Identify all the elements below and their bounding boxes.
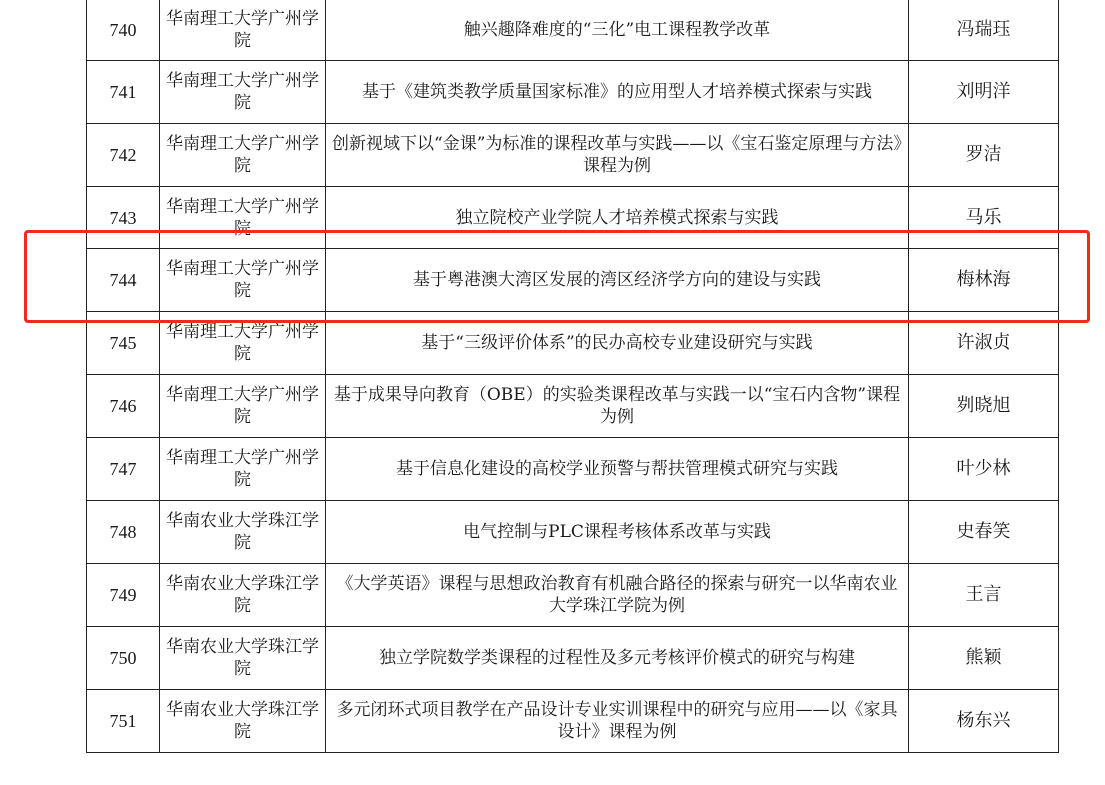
row-number: 744 [87, 249, 160, 312]
project-title-cell: 基于“三级评价体系”的民办高校专业建设研究与实践 [326, 312, 909, 375]
project-title-cell: 《大学英语》课程与思想政治教育有机融合路径的探索与研究一以华南农业大学珠江学院为… [326, 564, 909, 627]
project-title-cell: 基于粤港澳大湾区发展的湾区经济学方向的建设与实践 [326, 249, 909, 312]
school-cell: 华南农业大学珠江学院 [160, 564, 326, 627]
table-row: 746 华南理工大学广州学院 基于成果导向教育（OBE）的实验类课程改革与实践一… [87, 375, 1059, 438]
project-title-cell: 电气控制与PLC课程考核体系改革与实践 [326, 501, 909, 564]
project-title-cell: 基于成果导向教育（OBE）的实验类课程改革与实践一以“宝石内含物”课程为例 [326, 375, 909, 438]
leader-name-cell: 叶少林 [909, 438, 1059, 501]
school-cell: 华南理工大学广州学院 [160, 0, 326, 61]
leader-name-cell: 刘明洋 [909, 61, 1059, 124]
row-number: 740 [87, 0, 160, 61]
table-row: 741 华南理工大学广州学院 基于《建筑类教学质量国家标准》的应用型人才培养模式… [87, 61, 1059, 124]
row-number: 746 [87, 375, 160, 438]
leader-name-cell: 冯瑞珏 [909, 0, 1059, 61]
table-row-highlighted: 744 华南理工大学广州学院 基于粤港澳大湾区发展的湾区经济学方向的建设与实践 … [87, 249, 1059, 312]
leader-name-cell: 王言 [909, 564, 1059, 627]
project-title-cell: 基于信息化建设的高校学业预警与帮扶管理模式研究与实践 [326, 438, 909, 501]
row-number: 747 [87, 438, 160, 501]
leader-name-cell: 杨东兴 [909, 690, 1059, 753]
project-title-cell: 多元闭环式项目教学在产品设计专业实训课程中的研究与应用——以《家具设计》课程为例 [326, 690, 909, 753]
table-row: 742 华南理工大学广州学院 创新视域下以“金课”为标准的课程改革与实践——以《… [87, 124, 1059, 187]
table-row: 743 华南理工大学广州学院 独立院校产业学院人才培养模式探索与实践 马乐 [87, 187, 1059, 249]
row-number: 751 [87, 690, 160, 753]
school-cell: 华南农业大学珠江学院 [160, 690, 326, 753]
project-title-cell: 独立学院数学类课程的过程性及多元考核评价模式的研究与构建 [326, 627, 909, 690]
row-number: 741 [87, 61, 160, 124]
table-row: 749 华南农业大学珠江学院 《大学英语》课程与思想政治教育有机融合路径的探索与… [87, 564, 1059, 627]
project-title-cell: 创新视域下以“金课”为标准的课程改革与实践——以《宝石鉴定原理与方法》课程为例 [326, 124, 909, 187]
table-row: 751 华南农业大学珠江学院 多元闭环式项目教学在产品设计专业实训课程中的研究与… [87, 690, 1059, 753]
school-cell: 华南理工大学广州学院 [160, 249, 326, 312]
leader-name-cell: 史春笑 [909, 501, 1059, 564]
table-row: 745 华南理工大学广州学院 基于“三级评价体系”的民办高校专业建设研究与实践 … [87, 312, 1059, 375]
school-cell: 华南理工大学广州学院 [160, 61, 326, 124]
row-number: 749 [87, 564, 160, 627]
leader-name-cell: 刿晓旭 [909, 375, 1059, 438]
school-cell: 华南理工大学广州学院 [160, 124, 326, 187]
project-title-cell: 独立院校产业学院人才培养模式探索与实践 [326, 187, 909, 249]
school-cell: 华南农业大学珠江学院 [160, 627, 326, 690]
leader-name-cell: 梅林海 [909, 249, 1059, 312]
school-cell: 华南理工大学广州学院 [160, 375, 326, 438]
school-cell: 华南理工大学广州学院 [160, 187, 326, 249]
leader-name-cell: 罗洁 [909, 124, 1059, 187]
row-number: 743 [87, 187, 160, 249]
table-row: 740 华南理工大学广州学院 触兴趣降难度的“三化”电工课程教学改革 冯瑞珏 [87, 0, 1059, 61]
table-row: 750 华南农业大学珠江学院 独立学院数学类课程的过程性及多元考核评价模式的研究… [87, 627, 1059, 690]
project-title-cell: 基于《建筑类教学质量国家标准》的应用型人才培养模式探索与实践 [326, 61, 909, 124]
project-title-cell: 触兴趣降难度的“三化”电工课程教学改革 [326, 0, 909, 61]
row-number: 750 [87, 627, 160, 690]
row-number: 748 [87, 501, 160, 564]
row-number: 745 [87, 312, 160, 375]
school-cell: 华南理工大学广州学院 [160, 438, 326, 501]
row-number: 742 [87, 124, 160, 187]
leader-name-cell: 马乐 [909, 187, 1059, 249]
leader-name-cell: 许淑贞 [909, 312, 1059, 375]
leader-name-cell: 熊颖 [909, 627, 1059, 690]
school-cell: 华南农业大学珠江学院 [160, 501, 326, 564]
table-row: 747 华南理工大学广州学院 基于信息化建设的高校学业预警与帮扶管理模式研究与实… [87, 438, 1059, 501]
project-list-table: 740 华南理工大学广州学院 触兴趣降难度的“三化”电工课程教学改革 冯瑞珏 7… [86, 0, 1059, 753]
table-row: 748 华南农业大学珠江学院 电气控制与PLC课程考核体系改革与实践 史春笑 [87, 501, 1059, 564]
school-cell: 华南理工大学广州学院 [160, 312, 326, 375]
